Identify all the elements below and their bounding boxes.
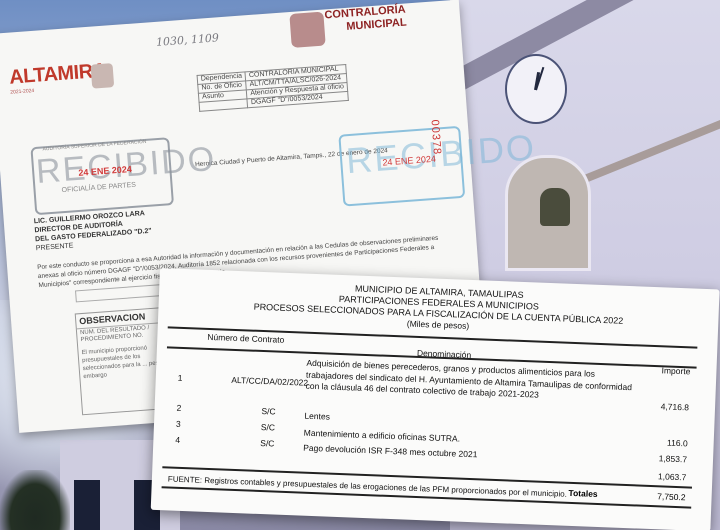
- row-number: 4: [175, 435, 180, 445]
- municipal-crest-icon: [91, 63, 115, 89]
- palm-tree: [0, 470, 70, 530]
- clock-icon: [505, 54, 567, 124]
- row-number: 1: [178, 373, 183, 383]
- row-importe: 116.0: [667, 438, 688, 449]
- row-importe: 1,063.7: [658, 471, 687, 482]
- row-number: 2: [176, 403, 181, 413]
- table-row: 2 S/C Lentes: [165, 402, 695, 422]
- handwritten-note: 1030, 1109: [156, 31, 220, 49]
- row-number: 3: [176, 419, 181, 429]
- row-denominacion: Adquisición de bienes perecederos, grano…: [305, 358, 636, 405]
- totals-value: 7,750.2: [657, 491, 686, 502]
- received-stamp-blue: RECIBIDO 24 ENE 2024: [338, 126, 465, 207]
- contraloria-header: CONTRALORÍA MUNICIPAL: [324, 4, 407, 36]
- contraloria-crest-icon: [289, 12, 325, 48]
- row-importe: 1,853.7: [658, 453, 687, 464]
- row-importe: 4,716.8: [660, 401, 689, 412]
- received-stamp-asf: AUDITORÍA SUPERIOR DE LA FEDERACIÓN RECI…: [30, 137, 174, 215]
- letter-meta-table: DependenciaCONTRALORIA MUNICIPAL No. de …: [197, 64, 349, 112]
- stamp-number: 00378: [428, 119, 443, 155]
- audit-table-document: MUNICIPIO DE ALTAMIRA, TAMAULIPAS PARTIC…: [151, 268, 720, 530]
- column-header-contrato: Número de Contrato: [207, 332, 284, 345]
- window: [74, 480, 100, 530]
- totals-label: Totales: [568, 488, 598, 499]
- recipient-block: LIC. GUILLERMO OROZCO LARA DIRECTOR DE A…: [34, 209, 153, 253]
- bell-icon: [540, 188, 570, 226]
